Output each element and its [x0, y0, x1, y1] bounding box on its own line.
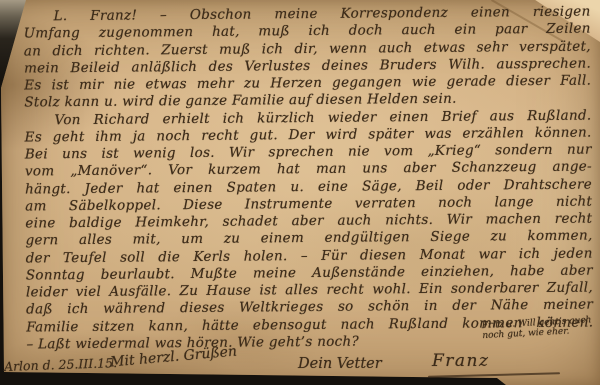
signature-prefix: Dein Vetter	[298, 356, 382, 372]
letter-body: L. Franz! – Obschon meine Korrespondenz …	[24, 4, 594, 354]
scanned-postcard: L. Franz! – Obschon meine Korrespondenz …	[0, 0, 600, 385]
signature-name: Franz	[432, 351, 489, 371]
